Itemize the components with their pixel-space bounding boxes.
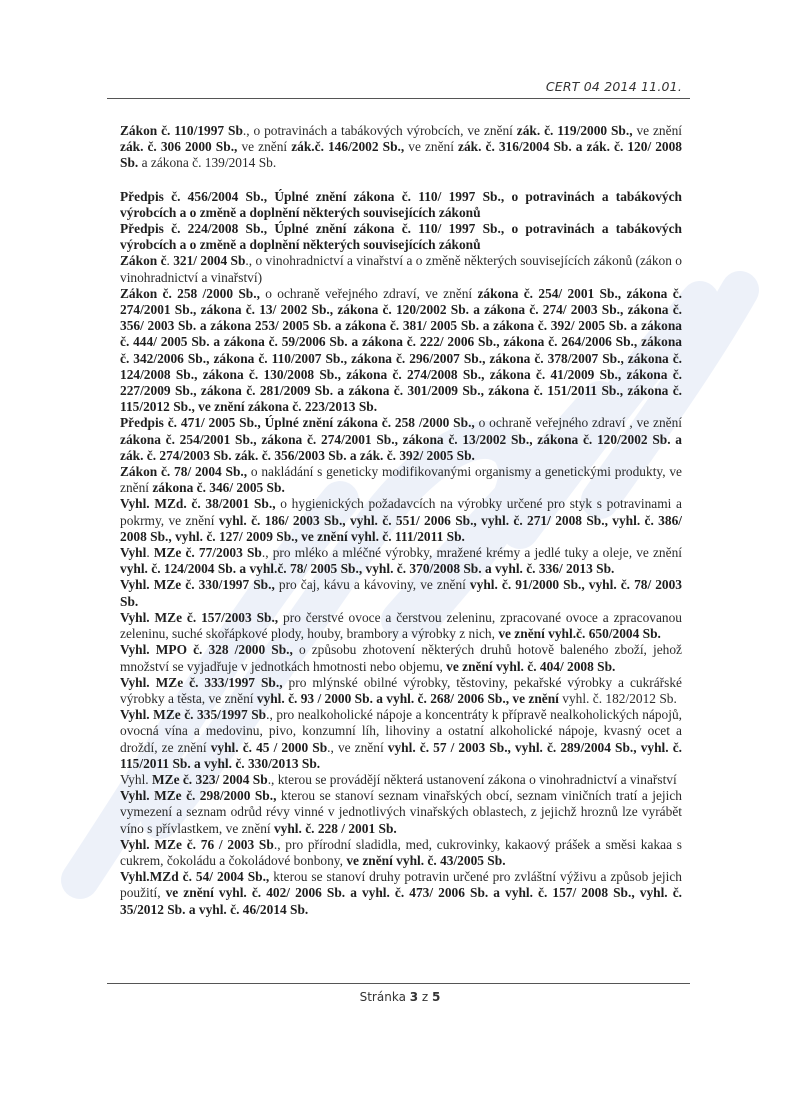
legislation-entry: Vyhl. MZe č. 157/2003 Sb., pro čerstvé o…	[120, 610, 682, 642]
total-pages: 5	[432, 990, 440, 1004]
entry-bold-text: Vyhl. MZe č. 76 / 2003 Sb	[120, 837, 274, 852]
entry-bold-text: Vyhl. MZe č. 333/1997 Sb.,	[120, 675, 283, 690]
entry-bold-text: vyhl. č. 228 / 2001 Sb.	[274, 821, 397, 836]
entry-text: Vyhl	[120, 772, 145, 787]
entry-bold-text: ve znění vyhl. č. 404/ 2008 Sb.	[446, 659, 615, 674]
legislation-entry: Zákon č. 258 /2000 Sb., o ochraně veřejn…	[120, 286, 682, 416]
entry-bold-text: vyhl. č. 45 / 2000 Sb	[211, 740, 327, 755]
legislation-entry: Vyhl. MZd. č. 38/2001 Sb., o hygienickýc…	[120, 496, 682, 545]
entry-bold-text: Zákon č. 110/1997 Sb	[120, 123, 243, 138]
entry-bold-text: Sb	[251, 707, 266, 722]
entry-bold-text: 321/ 2004 Sb	[173, 253, 245, 268]
entry-bold-text: zákona č. 346/ 2005 Sb.	[152, 480, 284, 495]
entry-text: ., kterou se provádějí některá ustanoven…	[268, 772, 677, 787]
entry-bold-text: ve znění vyhl.č. 650/2004 Sb.	[498, 626, 661, 641]
entry-bold-text: zák. č. 119/2000 Sb.,	[517, 123, 633, 138]
entry-bold-text: zák.č. 146/2002 Sb.,	[291, 139, 404, 154]
entry-bold-text: Vyhl.MZd č. 54/ 2004 Sb.,	[120, 869, 269, 884]
entry-text: ., o potravinách a tabákových výrobcích,…	[243, 123, 517, 138]
entry-text: ., pro mléko a mléčné výrobky, mražené k…	[262, 545, 682, 560]
legislation-entry: Vyhl. MZe č. 330/1997 Sb., pro čaj, kávu…	[120, 577, 682, 609]
entry-bold-text: Vyhl. MZe č. 157/2003 Sb.,	[120, 610, 278, 625]
document-reference: CERT 04 2014 11.01.	[546, 79, 682, 94]
entry-bold-text: ve znění vyhl. č. 43/2005 Sb.	[346, 853, 505, 868]
entry-bold-text: Vyhl. MZe č. 298/2000 Sb.,	[120, 788, 276, 803]
entry-bold-text: MZe č. 323/ 2004 Sb	[152, 772, 268, 787]
entry-text: o ochraně veřejného zdraví, ve znění	[260, 286, 478, 301]
legislation-entry: Zákon č. 321/ 2004 Sb., o vinohradnictví…	[120, 253, 682, 285]
entry-bold-text: zákona č. 254/2001 Sb., zákona č. 274/20…	[120, 432, 682, 463]
legislation-entry: Předpis č. 456/2004 Sb., Úplné znění zák…	[120, 189, 682, 221]
legislation-entry: Vyhl. MPO č. 328 /2000 Sb., o způsobu zh…	[120, 642, 682, 674]
entry-bold-text: Vyhl. MPO č. 328 /2000 Sb.,	[120, 642, 293, 657]
entry-bold-text: zák. č. 306 2000 Sb.,	[120, 139, 237, 154]
entry-bold-text: Vyhl	[120, 545, 146, 560]
entry-bold-text: MZe č. 77/2003 Sb	[154, 545, 262, 560]
legislation-entry: Vyhl. MZe č. 76 / 2003 Sb., pro přírodní…	[120, 837, 682, 869]
entry-text: ve znění	[237, 139, 291, 154]
page-number: Stránka 3 z 5	[0, 990, 800, 1004]
entry-bold-text: Zákon č. 258 /2000 Sb.,	[120, 286, 260, 301]
entry-text: ve znění	[404, 139, 458, 154]
legislation-entry: Zákon č. 110/1997 Sb., o potravinách a t…	[120, 123, 682, 172]
entry-bold-text: Vyhl. MZe č. 335/1997	[120, 707, 248, 722]
entry-bold-text: Vyhl. MZe č. 330/1997 Sb.,	[120, 577, 275, 592]
entry-text: .	[145, 772, 152, 787]
page-separator: z	[418, 990, 432, 1004]
legislation-entry: Vyhl. MZe č. 298/2000 Sb., kterou se sta…	[120, 788, 682, 837]
entry-bold-text: Vyhl. MZd. č. 38/2001 Sb.,	[120, 496, 276, 511]
legislation-entry: Předpis č. 224/2008 Sb., Úplné znění zák…	[120, 221, 682, 253]
current-page: 3	[410, 990, 418, 1004]
entry-bold-text: Zákon č. 78/ 2004 Sb.,	[120, 464, 247, 479]
entry-text: ve znění	[633, 123, 682, 138]
legislation-entry: Vyhl. MZe č. 77/2003 Sb., pro mléko a ml…	[120, 545, 682, 577]
entry-text: .	[146, 545, 154, 560]
entry-bold-text: Předpis č. 224/2008 Sb., Úplné znění zák…	[120, 221, 682, 252]
legislation-entry: Vyhl. MZe č. 323/ 2004 Sb., kterou se pr…	[120, 772, 682, 788]
entry-text: o ochraně veřejného zdraví , ve znění	[475, 415, 682, 430]
entry-bold-text: vyhl. č. 93 / 2000 Sb. a vyhl. č. 268/ 2…	[257, 691, 559, 706]
legislation-entry: Zákon č. 78/ 2004 Sb., o nakládání s gen…	[120, 464, 682, 496]
header-divider	[107, 98, 690, 99]
page-label: Stránka	[360, 990, 410, 1004]
entry-text: a zákona č. 139/2014 Sb.	[138, 155, 276, 170]
entry-bold-text: ve znění vyhl. č. 402/ 2006 Sb. a vyhl. …	[120, 885, 682, 916]
entry-text: ., ve znění	[327, 740, 388, 755]
legislation-list: Zákon č. 110/1997 Sb., o potravinách a t…	[120, 123, 682, 918]
legislation-entry: Vyhl. MZe č. 333/1997 Sb., pro mlýnské o…	[120, 675, 682, 707]
footer-divider	[107, 983, 690, 984]
legislation-entry: Předpis č. 471/ 2005 Sb., Úplné znění zá…	[120, 415, 682, 464]
legislation-entry: Vyhl. MZe č. 335/1997 Sb., pro nealkohol…	[120, 707, 682, 772]
entry-text: pro čaj, kávu a kávoviny, ve znění	[275, 577, 470, 592]
entry-text: vyhl. č. 182/2012 Sb.	[559, 691, 677, 706]
entry-bold-text: Předpis č. 471/ 2005 Sb., Úplné znění zá…	[120, 415, 475, 430]
entry-bold-text: Předpis č. 456/2004 Sb., Úplné znění zák…	[120, 189, 682, 220]
entry-bold-text: Zákon č	[120, 253, 167, 268]
entry-bold-text: zákona č. 254/ 2001 Sb., zákona č. 274/2…	[120, 286, 682, 414]
legislation-entry: Vyhl.MZd č. 54/ 2004 Sb., kterou se stan…	[120, 869, 682, 918]
entry-bold-text: vyhl. č. 124/2004 Sb. a vyhl.č. 78/ 2005…	[120, 561, 614, 576]
